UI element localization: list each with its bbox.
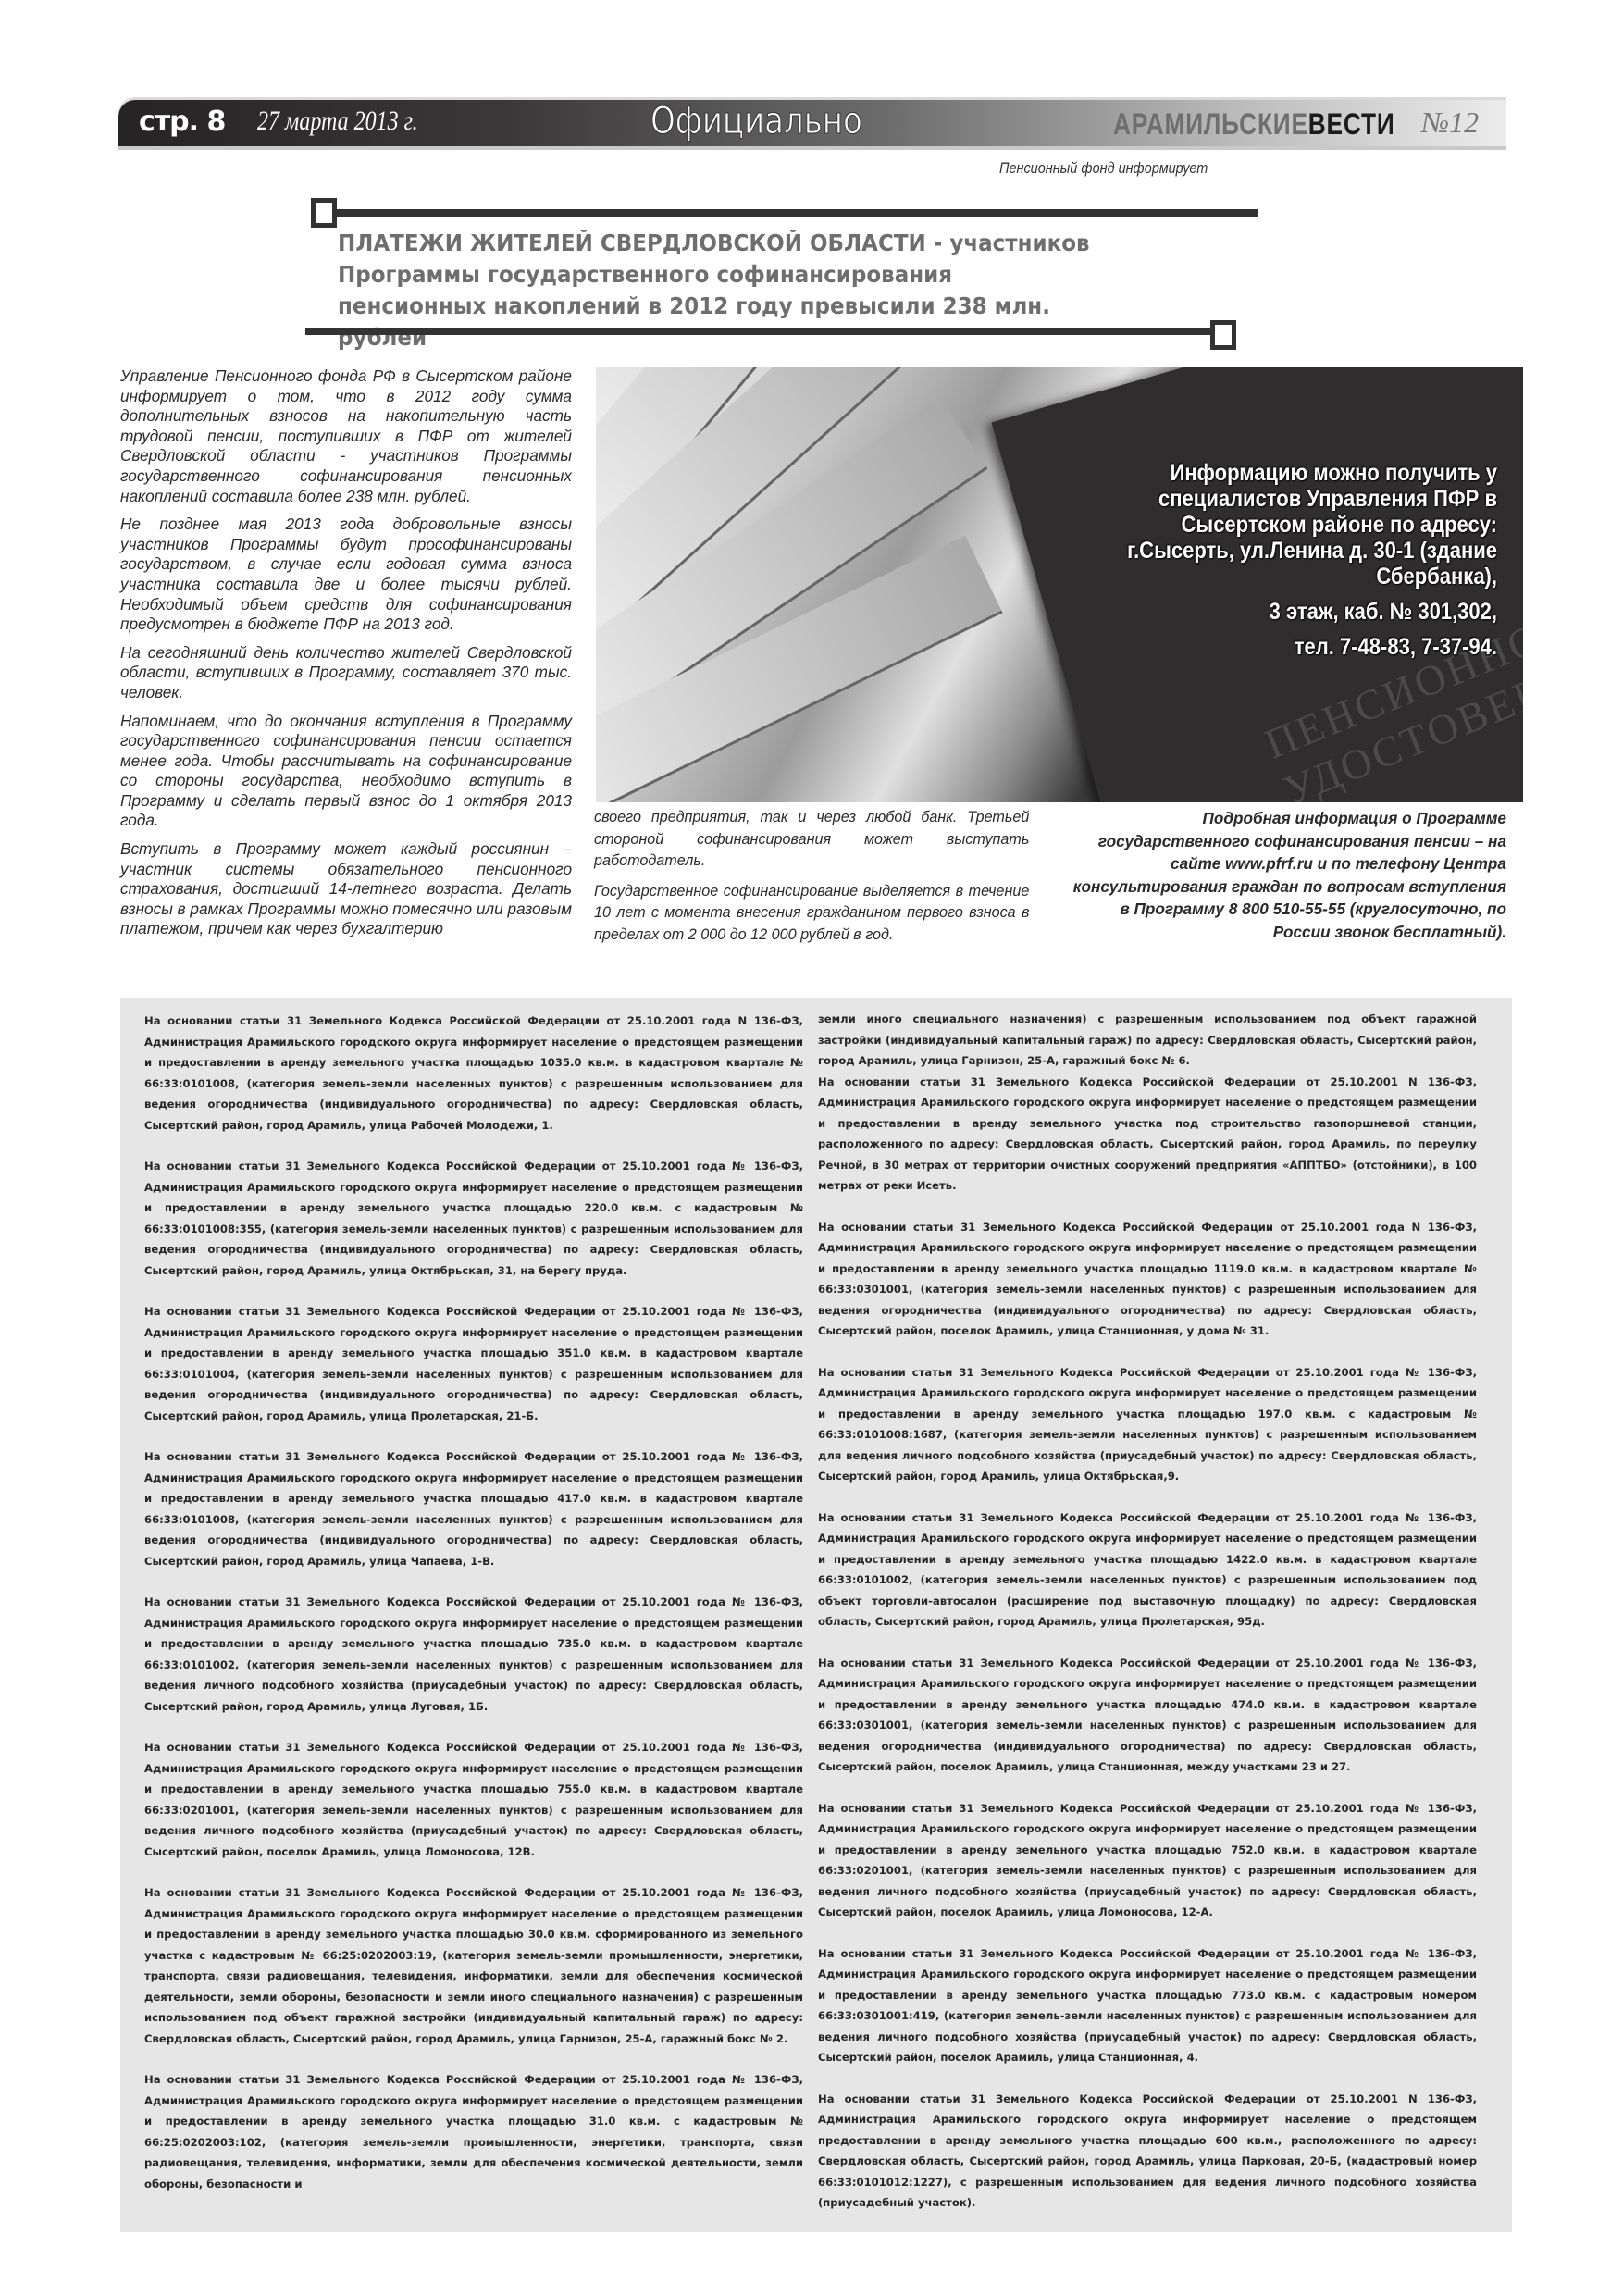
notice-item: На основании статьи 31 Земельного Кодекс… xyxy=(144,1011,803,1136)
land-notices-box: На основании статьи 31 Земельного Кодекс… xyxy=(120,998,1512,2232)
headline-rule-bottom xyxy=(305,328,1231,335)
article-paragraph: Управление Пенсионного фонда РФ в Сысерт… xyxy=(120,366,572,506)
notice-item: На основании статьи 31 Земельного Кодекс… xyxy=(818,1943,1477,2068)
notice-item: На основании статьи 31 Земельного Кодекс… xyxy=(144,1592,803,1717)
article-paragraph: своего предприятия, так и через любой ба… xyxy=(594,807,1029,873)
notices-right-column: земли иного специального назначения) с р… xyxy=(818,1009,1477,2234)
photo-caption: Информацию можно получить у специалистов… xyxy=(1073,460,1497,669)
article-left-column: Управление Пенсионного фонда РФ в Сысерт… xyxy=(120,366,572,948)
caption-line: Информацию можно получить у специалистов… xyxy=(1073,460,1497,590)
notice-item: земли иного специального назначения) с р… xyxy=(818,1009,1477,1072)
article-paragraph: Напоминаем, что до окончания вступления … xyxy=(120,712,572,832)
notice-item: На основании статьи 31 Земельного Кодекс… xyxy=(818,1653,1477,1778)
notice-item: На основании статьи 31 Земельного Кодекс… xyxy=(818,1072,1477,1197)
newspaper-header-bar: стр. 8 27 марта 2013 г. Официально АРАМИ… xyxy=(118,100,1506,146)
page-number: стр. 8 xyxy=(139,105,225,138)
article-paragraph: Вступить в Программу может каждый россия… xyxy=(120,839,572,939)
article-paragraph: Государственное софинансирование выделяе… xyxy=(594,881,1029,947)
article-photo: ПЕНСИОННОЕУДОСТОВЕРЕНИЕ Информацию можно… xyxy=(596,367,1523,802)
caption-line: 3 этаж, каб. № 301,302, xyxy=(1073,599,1497,625)
notice-item: На основании статьи 31 Земельного Кодекс… xyxy=(818,2089,1477,2214)
info-note: Подробная информация о Программе государ… xyxy=(1064,807,1506,943)
article-middle-column: своего предприятия, так и через любой ба… xyxy=(594,807,1029,954)
newspaper-brand: АРАМИЛЬСКИЕВЕСТИ xyxy=(1113,107,1395,142)
frame-corner-square-icon xyxy=(311,198,337,228)
notice-item: На основании статьи 31 Земельного Кодекс… xyxy=(144,2069,803,2194)
notice-item: На основании статьи 31 Земельного Кодекс… xyxy=(818,1362,1477,1487)
brand-bold: ВЕСТИ xyxy=(1308,107,1395,141)
article-paragraph: Не позднее мая 2013 года добровольные вз… xyxy=(120,515,572,635)
article-paragraph: На сегодняшний день количество жителей С… xyxy=(120,643,572,703)
notice-item: На основании статьи 31 Земельного Кодекс… xyxy=(144,1301,803,1426)
notice-item: На основании статьи 31 Земельного Кодекс… xyxy=(818,1217,1477,1342)
frame-corner-square-icon xyxy=(1210,320,1236,350)
notice-item: На основании статьи 31 Земельного Кодекс… xyxy=(144,1882,803,2049)
headline-rule-top xyxy=(333,209,1258,217)
notices-left-column: На основании статьи 31 Земельного Кодекс… xyxy=(144,1011,803,2215)
section-title: Официально xyxy=(650,100,862,143)
rubric: Пенсионный фонд информирует xyxy=(999,159,1208,178)
notice-item: На основании статьи 31 Земельного Кодекс… xyxy=(818,1798,1477,1923)
issue-date: 27 марта 2013 г. xyxy=(257,105,418,137)
notice-item: На основании статьи 31 Земельного Кодекс… xyxy=(144,1156,803,1281)
notice-item: На основании статьи 31 Земельного Кодекс… xyxy=(144,1446,803,1571)
caption-line: тел. 7-48-83, 7-37-94. xyxy=(1073,634,1497,660)
notice-item: На основании статьи 31 Земельного Кодекс… xyxy=(144,1737,803,1862)
issue-number: №12 xyxy=(1421,105,1479,140)
notice-item: На основании статьи 31 Земельного Кодекс… xyxy=(818,1508,1477,1632)
brand-light: АРАМИЛЬСКИЕ xyxy=(1113,107,1308,141)
